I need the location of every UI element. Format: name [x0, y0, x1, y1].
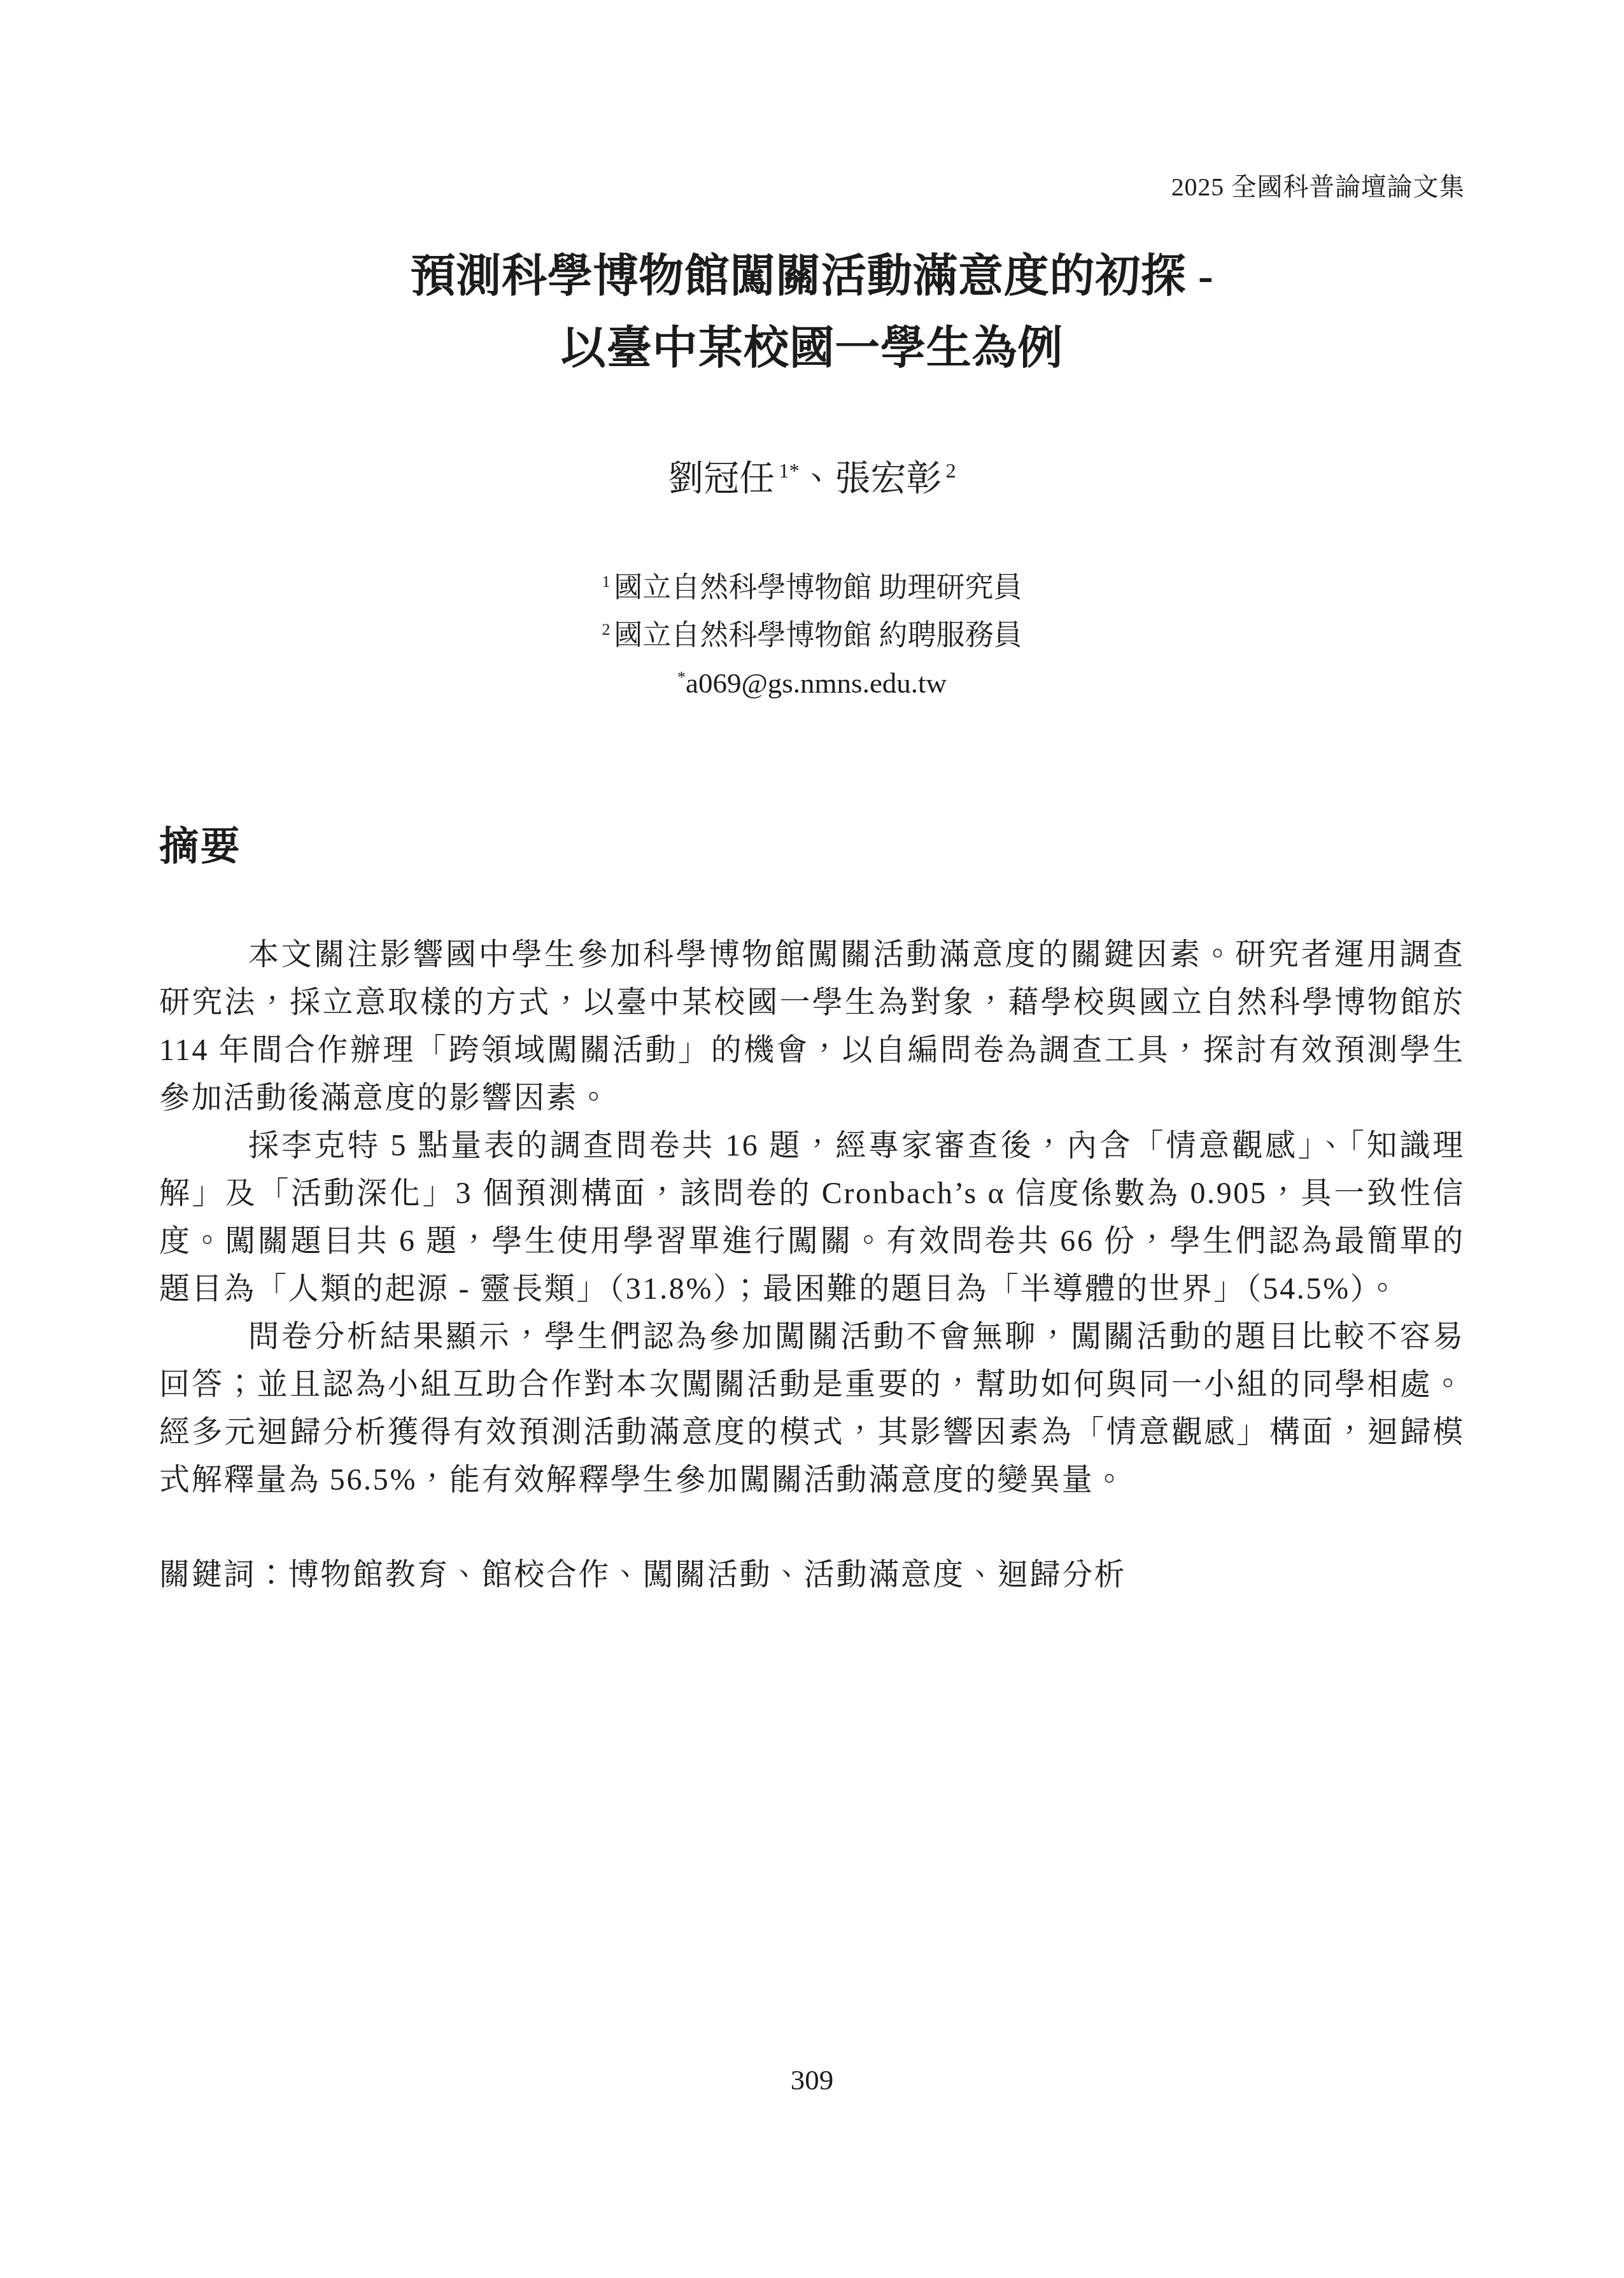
- author-superscript-1: 1*: [779, 460, 799, 483]
- affiliations-block: 1國立自然科學博物館 助理研究員 2國立自然科學博物館 約聘服務員 *a069@…: [0, 564, 1624, 707]
- paper-title-line1: 預測科學博物館闖關活動滿意度的初探 -: [0, 241, 1624, 313]
- affiliation-superscript-1: 1: [602, 572, 610, 591]
- affiliation-superscript-2: 2: [602, 620, 610, 639]
- document-page: 2025 全國科普論壇論文集 預測科學博物館闖關活動滿意度的初探 - 以臺中某校…: [0, 0, 1624, 2278]
- author-name-2: 張宏彰: [835, 459, 942, 499]
- affiliation-line-1: 1國立自然科學博物館 助理研究員: [0, 564, 1624, 612]
- email-superscript: *: [677, 668, 686, 686]
- abstract-paragraph-3: 問卷分析結果顯示，學生們認為參加闖關活動不會無聊，闖關活動的題目比較不容易回答；…: [159, 1313, 1465, 1504]
- author-superscript-2: 2: [945, 460, 956, 483]
- abstract-heading: 摘要: [159, 823, 241, 872]
- keywords-line: 關鍵詞：博物館教育、館校合作、闖關活動、活動滿意度、迴歸分析: [159, 1551, 1465, 1599]
- author-line: 劉冠任1*、張宏彰2: [0, 456, 1624, 502]
- author-separator: 、: [800, 459, 835, 499]
- affiliation-text-1: 國立自然科學博物館 助理研究員: [614, 572, 1022, 604]
- abstract-body: 本文關注影響國中學生參加科學博物館闖關活動滿意度的關鍵因素。研究者運用調查研究法…: [159, 931, 1465, 1504]
- affiliation-line-2: 2國立自然科學博物館 約聘服務員: [0, 612, 1624, 660]
- proceedings-header: 2025 全國科普論壇論文集: [159, 171, 1465, 204]
- abstract-paragraph-1: 本文關注影響國中學生參加科學博物館闖關活動滿意度的關鍵因素。研究者運用調查研究法…: [159, 931, 1465, 1122]
- abstract-paragraph-2: 採李克特 5 點量表的調查問卷共 16 題，經專家審查後，內含「情意觀感」、「知…: [159, 1122, 1465, 1313]
- email-text: a069@gs.nmns.edu.tw: [686, 667, 947, 699]
- page-number: 309: [0, 2063, 1624, 2098]
- paper-title-line2: 以臺中某校國一學生為例: [0, 313, 1624, 385]
- email-line: *a069@gs.nmns.edu.tw: [0, 660, 1624, 707]
- paper-title: 預測科學博物館闖關活動滿意度的初探 - 以臺中某校國一學生為例: [0, 241, 1624, 385]
- affiliation-text-2: 國立自然科學博物館 約聘服務員: [614, 619, 1022, 651]
- author-name-1: 劉冠任: [668, 459, 775, 499]
